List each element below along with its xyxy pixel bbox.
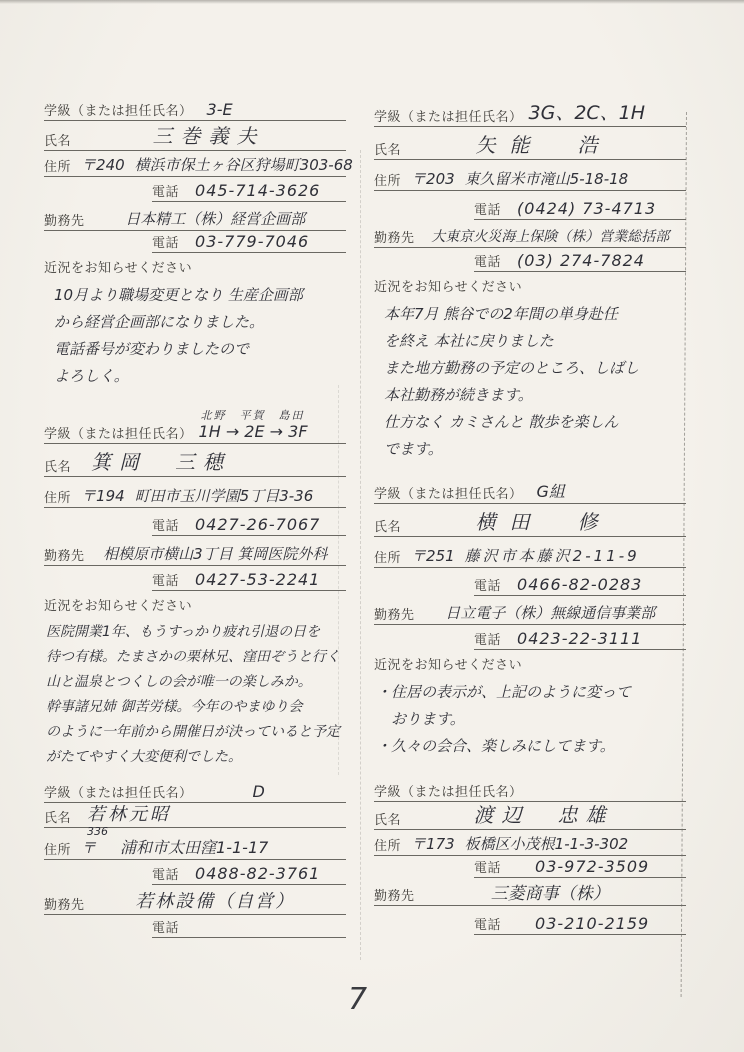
name-label: 氏名 xyxy=(374,139,401,158)
field-row-work-phone: 電話 03-210-2159 xyxy=(474,906,686,935)
news-message: 医院開業1年、もうすっかり疲れ引退の日を 待つ有様。たまさかの栗林兄、窪田ぞうと… xyxy=(44,614,346,770)
field-row-work-phone: 電話 xyxy=(152,915,346,938)
field-row-work: 勤務先 相模原市横山3丁目 箕岡医院外科 xyxy=(44,536,346,566)
field-row-name: 氏名 箕岡 三穂 xyxy=(44,444,346,477)
field-row-work: 勤務先 若林設備（自営） xyxy=(44,885,346,915)
message-line: 電話番号が変わりましたので xyxy=(54,336,346,363)
work-value: 若林設備（自営） xyxy=(135,887,295,913)
postal-mark: 〒 xyxy=(411,547,426,565)
field-row-class: 学級（または担任氏名） G組 xyxy=(374,478,686,504)
postal-code: 〒251 xyxy=(411,545,455,566)
postal-code: 〒203 xyxy=(411,168,455,189)
phone-label: 電話 xyxy=(152,515,179,534)
field-row-name: 氏名 横田 修 xyxy=(374,504,686,537)
work-value: 日本精工（株）経営企画部 xyxy=(125,208,305,229)
postal-mark: 〒 xyxy=(81,156,96,174)
field-row-phone: 電話 03-972-3509 xyxy=(474,856,686,878)
work-phone-value: 03-210-2159 xyxy=(535,914,649,933)
message-line: ・久々の会合、楽しみにしてます。 xyxy=(376,733,686,760)
field-row-address: 住所 〒251 藤沢市本藤沢2-11-9 xyxy=(374,537,686,568)
postal-mark: 〒 xyxy=(411,170,426,188)
message-line: 待つ有様。たまさかの栗林兄、窪田ぞうと行く xyxy=(46,645,346,670)
name-value: 三巻義夫 xyxy=(153,120,265,149)
address-value: 藤沢市本藤沢2-11-9 xyxy=(465,545,640,566)
postal-value: 240 xyxy=(96,156,125,174)
name-label: 氏名 xyxy=(374,809,401,828)
field-row-phone: 電話 0488-82-3761 xyxy=(152,860,346,885)
field-row-phone: 電話 0427-26-7067 xyxy=(152,508,346,536)
postal-value: 173 xyxy=(426,835,455,853)
news-message: 本年7月 熊谷での2年間の単身赴任 を終え 本社に戻りました また地方勤務の予定… xyxy=(374,295,686,463)
class-value-wrap: 北野 平賀 島田 1H → 2E → 3F xyxy=(197,422,308,442)
address-label: 住所 xyxy=(374,170,401,189)
address-value: 町田市玉川学園5丁目3-36 xyxy=(135,485,314,506)
column-divider-line xyxy=(360,150,361,960)
phone-label: 電話 xyxy=(474,251,501,270)
work-label: 勤務先 xyxy=(374,227,415,246)
name-label: 氏名 xyxy=(44,807,71,826)
address-label: 住所 xyxy=(44,839,71,858)
postal-mark: 〒 xyxy=(81,839,96,857)
field-row-class: 学級（または担任氏名） 北野 平賀 島田 1H → 2E → 3F xyxy=(44,420,346,444)
message-line: でます。 xyxy=(384,436,686,463)
address-label: 住所 xyxy=(44,156,71,175)
work-label: 勤務先 xyxy=(374,885,415,904)
page-number: 7 xyxy=(348,982,367,1017)
message-line: 医院開業1年、もうすっかり疲れ引退の日を xyxy=(46,620,346,645)
phone-value: 045-714-3626 xyxy=(195,181,320,200)
class-value: 3-E xyxy=(207,100,233,119)
postal-value: 203 xyxy=(426,170,455,188)
news-message: 10月より職場変更となり 生産企画部 から経営企画部になりました。 電話番号が変… xyxy=(44,276,346,390)
news-message: ・住居の表示が、上記のように変って おります。 ・久々の会合、楽しみにしてます。 xyxy=(374,673,686,760)
class-value: 1H → 2E → 3F xyxy=(199,422,308,441)
work-phone-value: 03-779-7046 xyxy=(195,232,309,251)
address-label: 住所 xyxy=(374,835,401,854)
class-label: 学級（または担任氏名） xyxy=(44,100,193,119)
postal-code: 〒173 xyxy=(411,833,455,854)
class-value: 3G、2C、1H xyxy=(529,98,646,125)
postal-code: 336〒 xyxy=(81,837,96,858)
phone-label: 電話 xyxy=(474,199,501,218)
form-entry-top-left: 学級（または担任氏名） 3-E 氏名 三巻義夫 住所 〒240 横浜市保土ヶ谷区… xyxy=(44,94,346,390)
postal-value: 251 xyxy=(426,547,455,565)
phone-label: 電話 xyxy=(152,181,179,200)
field-row-address: 住所 336〒 浦和市太田窪1-1-17 xyxy=(44,828,346,860)
field-row-address: 住所 〒173 板橋区小茂根1-1-3-302 xyxy=(374,830,686,856)
teacher-annotation: 北野 平賀 島田 xyxy=(201,407,305,423)
postal-mark: 〒 xyxy=(81,487,96,505)
phone-value: 03-972-3509 xyxy=(535,857,649,876)
field-row-address: 住所 〒194 町田市玉川学園5丁目3-36 xyxy=(44,477,346,508)
address-label: 住所 xyxy=(374,547,401,566)
field-row-class: 学級（または担任氏名） 3-E xyxy=(44,94,346,121)
work-label: 勤務先 xyxy=(44,210,85,229)
message-line: を終え 本社に戻りました xyxy=(384,328,686,355)
news-prompt: 近況をお知らせください xyxy=(374,654,686,673)
message-line: ・住居の表示が、上記のように変って xyxy=(376,679,686,706)
name-value: 渡辺 忠雄 xyxy=(474,799,614,828)
phone-value: 0427-26-7067 xyxy=(195,515,320,534)
postal-value: 194 xyxy=(96,487,125,505)
phone-label: 電話 xyxy=(474,629,501,648)
message-line: 本年7月 熊谷での2年間の単身赴任 xyxy=(384,301,686,328)
message-line: 山と温泉とつくしの会が唯一の楽しみか。 xyxy=(46,670,346,695)
message-line: また地方勤務の予定のところ、しばし xyxy=(384,355,686,382)
address-value: 板橋区小茂根1-1-3-302 xyxy=(465,833,629,854)
form-entry-middle-left: 学級（または担任氏名） 北野 平賀 島田 1H → 2E → 3F 氏名 箕岡 … xyxy=(44,420,346,770)
name-value: 箕岡 三穂 xyxy=(91,446,231,475)
field-row-work-phone: 電話 (03) 274-7824 xyxy=(474,248,686,272)
work-label: 勤務先 xyxy=(374,604,415,623)
field-row-name: 氏名 三巻義夫 xyxy=(44,121,346,151)
field-row-work-phone: 電話 0423-22-3111 xyxy=(474,625,686,650)
class-value: D xyxy=(253,782,265,801)
class-value: G組 xyxy=(537,479,565,502)
name-value: 若林元昭 xyxy=(87,800,171,826)
name-label: 氏名 xyxy=(44,130,71,149)
message-line: から経営企画部になりました。 xyxy=(54,309,346,336)
class-label: 学級（または担任氏名） xyxy=(374,781,523,800)
name-label: 氏名 xyxy=(44,456,71,475)
scan-top-edge xyxy=(0,0,744,4)
phone-label: 電話 xyxy=(152,570,179,589)
form-entry-middle-right: 学級（または担任氏名） G組 氏名 横田 修 住所 〒251 藤沢市本藤沢2-1… xyxy=(374,478,686,760)
work-value: 相模原市横山3丁目 箕岡医院外科 xyxy=(103,543,327,564)
postal-note: 336 xyxy=(87,825,108,838)
message-line: がたてやすく大変便利でした。 xyxy=(46,745,346,770)
class-label: 学級（または担任氏名） xyxy=(374,106,523,125)
work-label: 勤務先 xyxy=(44,545,85,564)
message-line: 仕方なく カミさんと 散歩を楽しん xyxy=(384,409,686,436)
field-row-work: 勤務先 日立電子（株）無線通信事業部 xyxy=(374,596,686,625)
phone-value: 0488-82-3761 xyxy=(195,864,320,883)
field-row-work: 勤務先 三菱商事（株） xyxy=(374,878,686,906)
message-line: 本社勤務が続きます。 xyxy=(384,382,686,409)
work-phone-value: 0427-53-2241 xyxy=(195,570,320,589)
work-value: 三菱商事（株） xyxy=(491,879,610,904)
news-prompt: 近況をお知らせください xyxy=(44,257,346,276)
field-row-work: 勤務先 大東京火災海上保険（株）営業総括部 xyxy=(374,220,686,248)
field-row-work-phone: 電話 03-779-7046 xyxy=(152,231,346,253)
phone-label: 電話 xyxy=(474,575,501,594)
class-label: 学級（または担任氏名） xyxy=(44,423,193,442)
phone-label: 電話 xyxy=(152,917,179,936)
name-label: 氏名 xyxy=(374,516,401,535)
field-row-address: 住所 〒240 横浜市保土ヶ谷区狩場町303-68 xyxy=(44,151,346,177)
message-line: よろしく。 xyxy=(54,363,346,390)
class-label: 学級（または担任氏名） xyxy=(44,782,193,801)
address-value: 東久留米市滝山5-18-18 xyxy=(465,168,629,189)
postal-code: 〒194 xyxy=(81,485,125,506)
name-value: 矢能 浩 xyxy=(476,129,612,158)
news-prompt: 近況をお知らせください xyxy=(44,595,346,614)
phone-label: 電話 xyxy=(474,857,501,876)
field-row-name: 氏名 渡辺 忠雄 xyxy=(374,802,686,830)
phone-value: 0466-82-0283 xyxy=(517,575,642,594)
phone-value: (0424) 73-4713 xyxy=(517,199,656,218)
field-row-phone: 電話 045-714-3626 xyxy=(152,177,346,202)
form-entry-bottom-right: 学級（または担任氏名） 氏名 渡辺 忠雄 住所 〒173 板橋区小茂根1-1-3… xyxy=(374,782,686,935)
field-row-phone: 電話 (0424) 73-4713 xyxy=(474,191,686,220)
phone-label: 電話 xyxy=(152,232,179,251)
field-row-name: 氏名 矢能 浩 xyxy=(374,127,686,160)
field-row-class: 学級（または担任氏名） 3G、2C、1H xyxy=(374,98,686,127)
work-phone-value: (03) 274-7824 xyxy=(517,251,645,270)
field-row-address: 住所 〒203 東久留米市滝山5-18-18 xyxy=(374,160,686,191)
name-value: 横田 修 xyxy=(476,506,612,535)
address-value: 横浜市保土ヶ谷区狩場町303-68 xyxy=(135,154,353,175)
message-line: のように一年前から開催日が決っていると予定 xyxy=(46,720,346,745)
field-row-phone: 電話 0466-82-0283 xyxy=(474,568,686,596)
address-label: 住所 xyxy=(44,487,71,506)
work-label: 勤務先 xyxy=(44,894,85,913)
work-value: 日立電子（株）無線通信事業部 xyxy=(445,602,655,623)
postal-code: 〒240 xyxy=(81,154,125,175)
form-entry-top-right: 学級（または担任氏名） 3G、2C、1H 氏名 矢能 浩 住所 〒203 東久留… xyxy=(374,98,686,463)
work-value: 大東京火災海上保険（株）営業総括部 xyxy=(431,226,669,246)
news-prompt: 近況をお知らせください xyxy=(374,276,686,295)
phone-label: 電話 xyxy=(152,864,179,883)
postal-mark: 〒 xyxy=(411,835,426,853)
field-row-work-phone: 電話 0427-53-2241 xyxy=(152,566,346,591)
message-line: 10月より職場変更となり 生産企画部 xyxy=(54,282,346,309)
class-label: 学級（または担任氏名） xyxy=(374,483,523,502)
message-line: おります。 xyxy=(376,706,686,733)
work-phone-value: 0423-22-3111 xyxy=(517,629,642,648)
phone-label: 電話 xyxy=(474,914,501,933)
message-line: 幹事諸兄姉 御苦労様。今年のやまゆり会 xyxy=(46,695,346,720)
address-value: 浦和市太田窪1-1-17 xyxy=(120,835,268,858)
field-row-work: 勤務先 日本精工（株）経営企画部 xyxy=(44,202,346,231)
form-entry-bottom-left: 学級（または担任氏名） D 氏名 若林元昭 住所 336〒 浦和市太田窪1-1-… xyxy=(44,780,346,938)
